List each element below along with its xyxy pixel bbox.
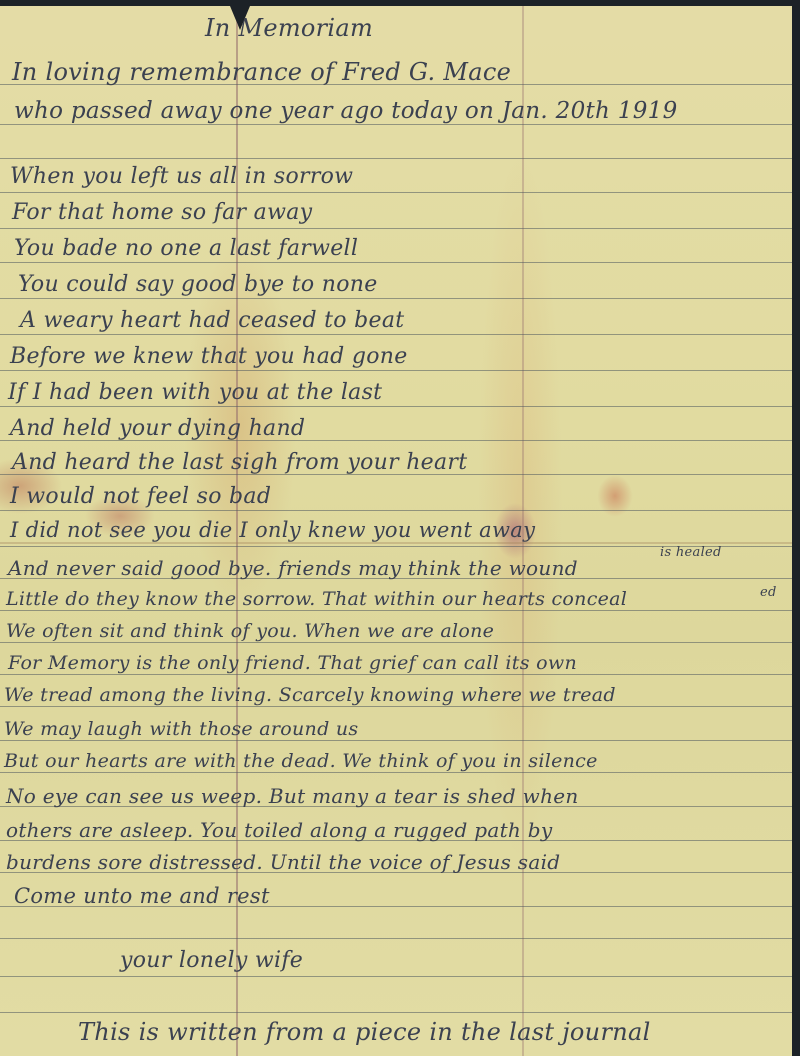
poem-line: We often sit and think of you. When we a… xyxy=(6,622,494,641)
dedication-line: who passed away one year ago today on Ja… xyxy=(14,100,678,123)
poem-line: And heard the last sigh from your heart xyxy=(12,452,467,474)
poem-line: I did not see you die I only knew you we… xyxy=(10,520,535,541)
ruled-line xyxy=(0,406,792,407)
ruled-line xyxy=(0,262,792,263)
ruled-line xyxy=(0,510,792,511)
poem-line: For that home so far away xyxy=(12,202,312,224)
poem-line: No eye can see us weep. But many a tear … xyxy=(6,786,579,806)
ruled-line xyxy=(0,772,792,773)
footer-note: This is written from a piece in the last… xyxy=(78,1020,651,1044)
ruled-line xyxy=(0,192,792,193)
ruled-line xyxy=(0,706,792,707)
ruled-line xyxy=(0,740,792,741)
poem-line: You bade no one a last farwell xyxy=(14,238,358,260)
interlinear-note: ed xyxy=(760,586,777,599)
ruled-line xyxy=(0,158,792,159)
ruled-line xyxy=(0,976,792,977)
ruled-line xyxy=(0,228,792,229)
ruled-line xyxy=(0,370,792,371)
ruled-line xyxy=(0,674,792,675)
poem-line: We tread among the living. Scarcely know… xyxy=(4,686,616,705)
poem-line: If I had been with you at the last xyxy=(8,382,382,404)
ruled-line xyxy=(0,124,792,125)
letter-page: In Memoriam In loving remembrance of Fre… xyxy=(0,6,792,1056)
poem-line: I would not feel so bad xyxy=(10,486,271,508)
poem-line: A weary heart had ceased to beat xyxy=(20,310,404,332)
signature: your lonely wife xyxy=(120,950,303,972)
dedication-line: In loving remembrance of Fred G. Mace xyxy=(12,60,511,84)
ruled-line xyxy=(0,334,792,335)
poem-line: others are asleep. You toiled along a ru… xyxy=(6,820,552,840)
poem-line: We may laugh with those around us xyxy=(4,720,358,739)
horizontal-fold-crease xyxy=(0,542,792,544)
memorial-title: In Memoriam xyxy=(205,16,373,40)
poem-line: burdens sore distressed. Until the voice… xyxy=(6,852,560,872)
interlinear-note: is healed xyxy=(660,546,722,559)
poem-line: But our hearts are with the dead. We thi… xyxy=(4,752,598,771)
ruled-line xyxy=(0,642,792,643)
poem-line: Before we knew that you had gone xyxy=(10,346,408,368)
poem-line: Come unto me and rest xyxy=(14,886,270,907)
ruled-line xyxy=(0,1012,792,1013)
poem-line: You could say good bye to none xyxy=(18,274,378,296)
poem-line: For Memory is the only friend. That grie… xyxy=(8,654,577,673)
poem-line: When you left us all in sorrow xyxy=(10,166,353,188)
poem-line: And never said good bye. friends may thi… xyxy=(8,558,578,578)
ruled-line xyxy=(0,938,792,939)
poem-line: Little do they know the sorrow. That wit… xyxy=(6,590,627,609)
ruled-line xyxy=(0,298,792,299)
ruled-line xyxy=(0,610,792,611)
poem-line: And held your dying hand xyxy=(10,418,305,440)
